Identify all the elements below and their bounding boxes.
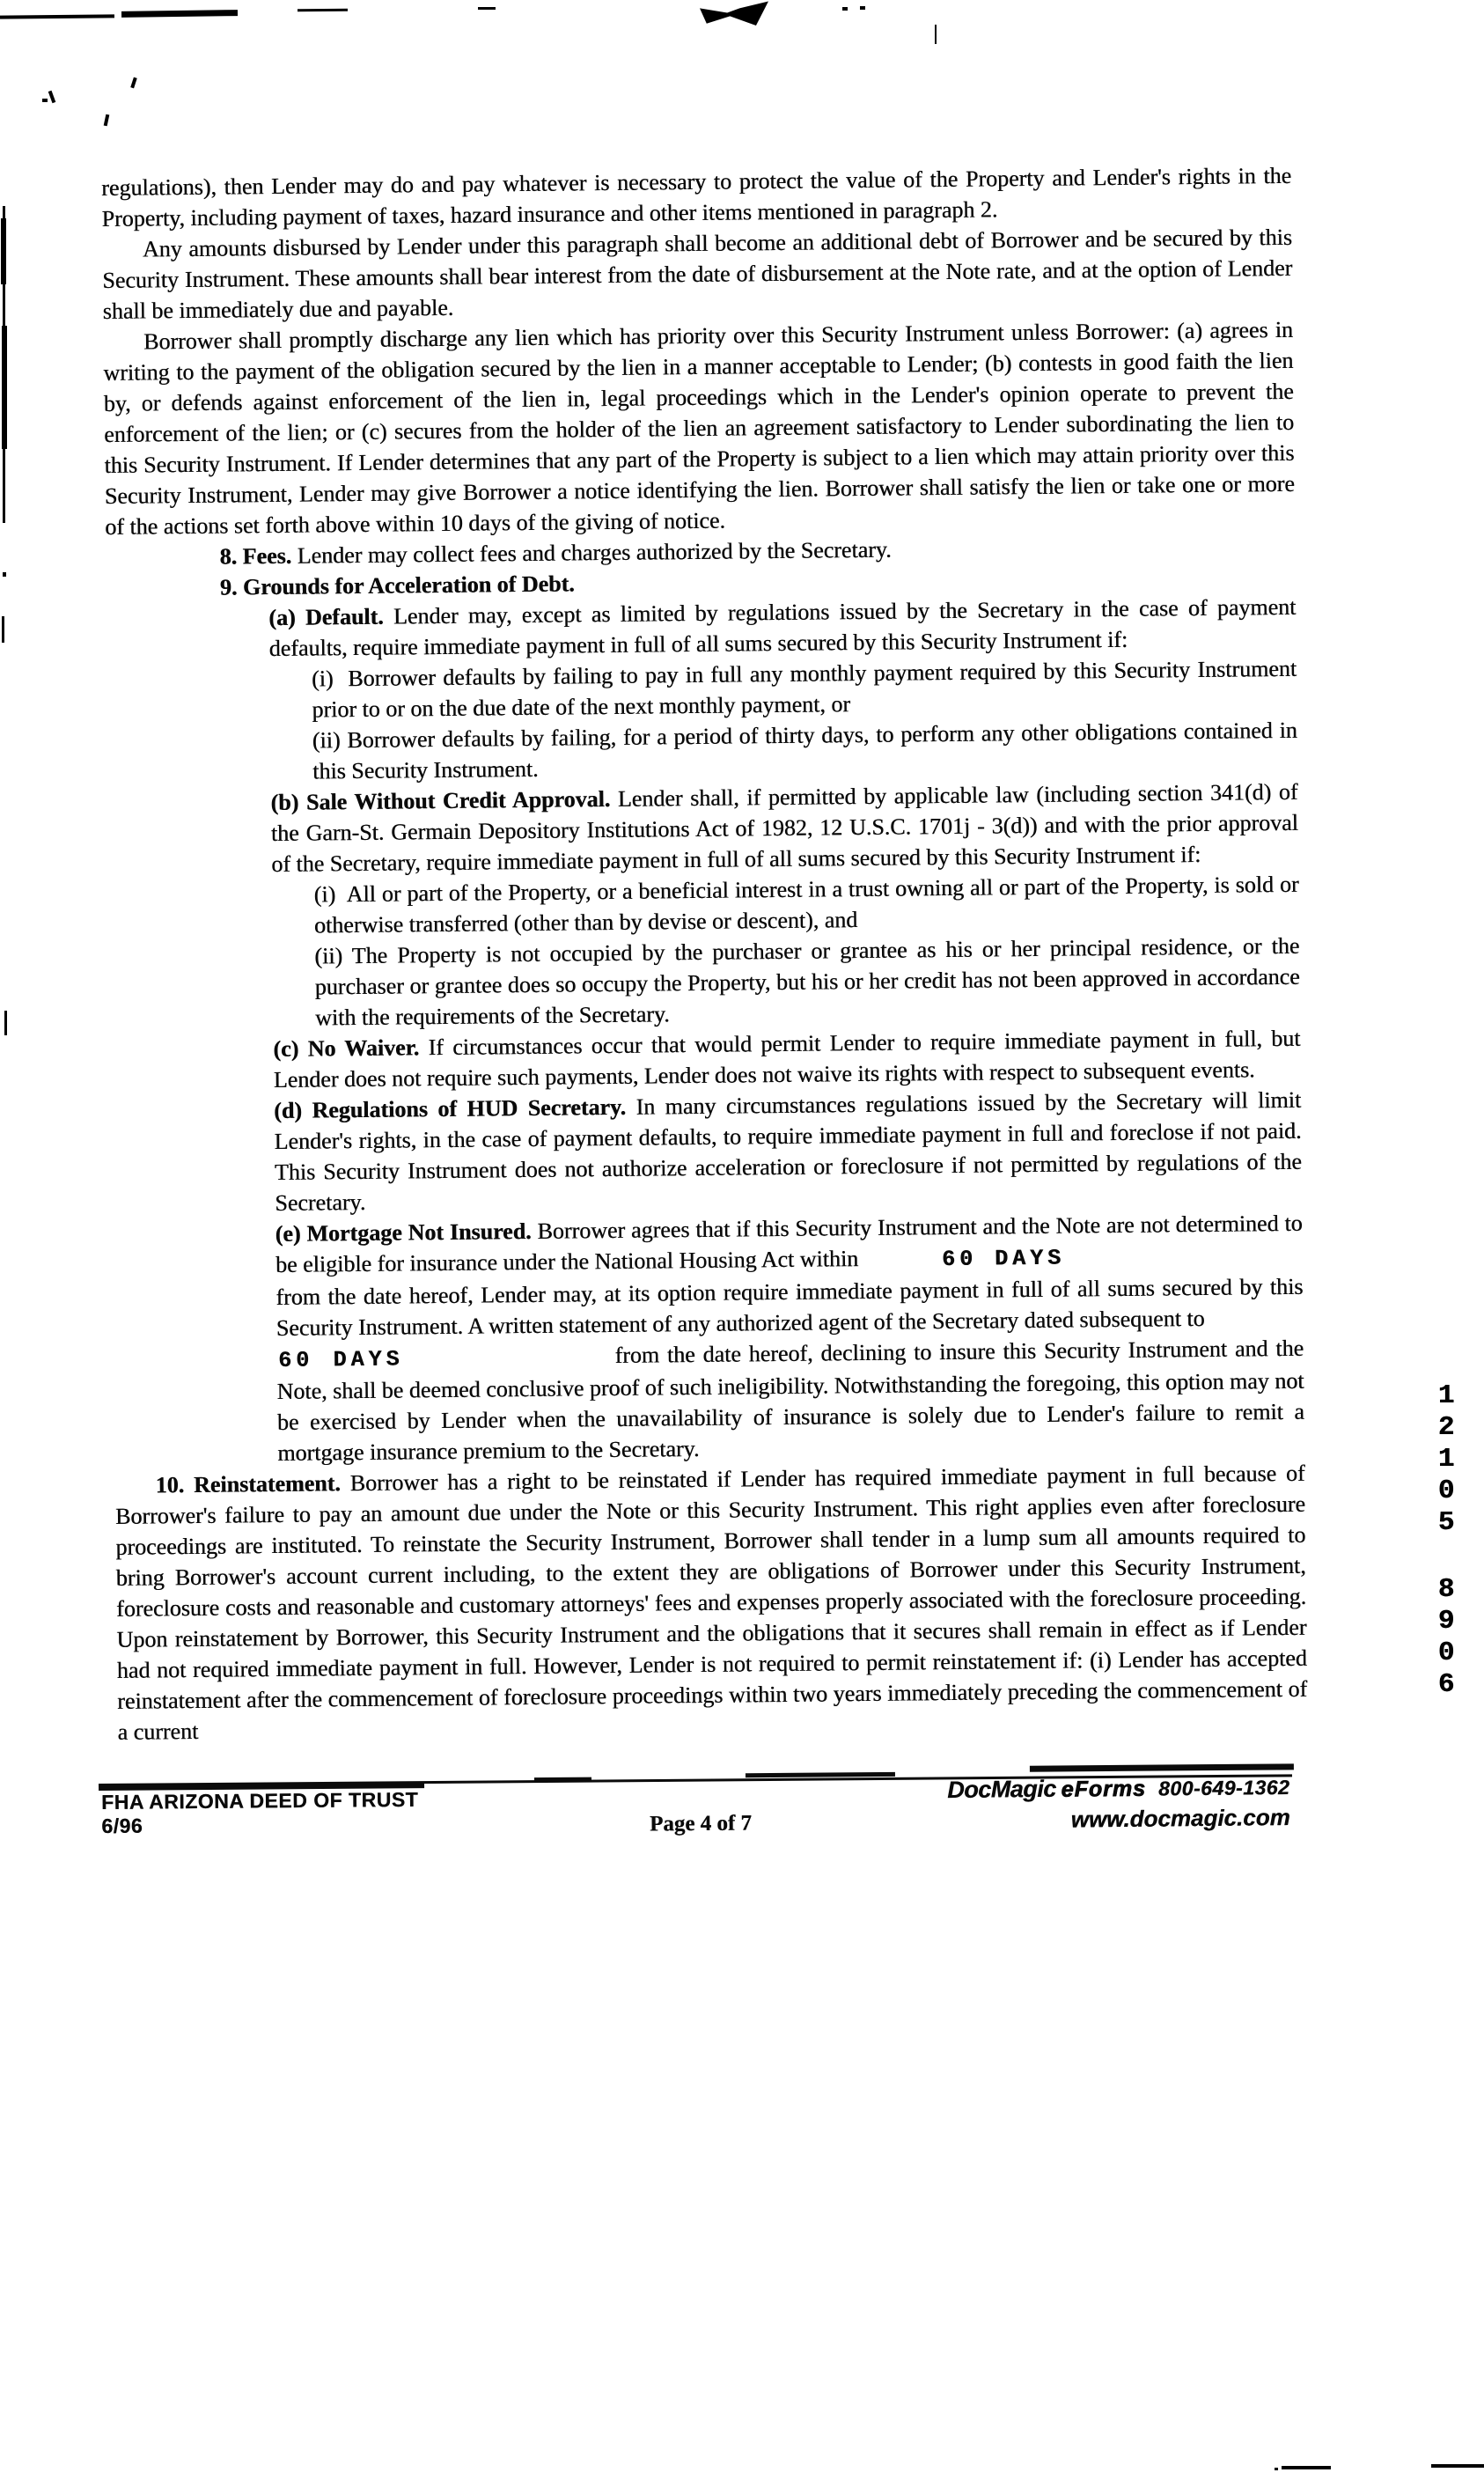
subclause-text: Borrower defaults by failing, for a peri…: [312, 718, 1297, 784]
vendor-line: DocMagiceForms800-649-1362: [947, 1773, 1289, 1807]
document-body: regulations), then Lender may do and pay…: [101, 160, 1308, 1748]
scan-artifact-speck: [130, 77, 137, 89]
stamp-digit: 8: [1433, 1574, 1459, 1606]
subclause-text: All or part of the Property, or a benefi…: [314, 872, 1299, 938]
form-name: FHA ARIZONA DEED OF TRUST: [101, 1788, 418, 1814]
stamp-digit: 5: [1433, 1507, 1459, 1539]
subclause-b-ii: (ii) The Property is not occupied by the…: [314, 931, 1300, 1034]
stamp-digit: 1: [1433, 1444, 1459, 1475]
scan-artifact-edge-line: [1, 218, 6, 284]
footer-vendor-block: DocMagiceForms800-649-1362 www.docmagic.…: [947, 1773, 1290, 1834]
subclause-label: (i): [313, 881, 335, 907]
item-number: 8.: [219, 543, 237, 569]
clause-c-no-waiver: (c) No Waiver. If circumstances occur th…: [273, 1023, 1301, 1095]
item-number: 10.: [155, 1472, 184, 1498]
stamp-digit: 1: [1433, 1380, 1459, 1412]
item-text: Borrower has a right to be reinstated if…: [115, 1461, 1307, 1745]
vendor-website: www.docmagic.com: [947, 1804, 1289, 1834]
scan-artifact-dot: [1275, 2468, 1278, 2470]
clause-label: (c): [273, 1036, 298, 1062]
item-title: Fees.: [242, 543, 291, 570]
subclause-label: (ii): [312, 727, 341, 753]
stamp-digit: 0: [1433, 1475, 1459, 1507]
scan-artifact-blob: [700, 1, 768, 26]
clause-text: Lender may, except as limited by regulat…: [269, 594, 1297, 661]
subclause-a-ii: (ii) Borrower defaults by failing, for a…: [312, 715, 1298, 787]
typed-fill-in-60-days: 60 DAYS: [278, 1346, 404, 1372]
subclause-a-i: (i) Borrower defaults by failing to pay …: [312, 653, 1297, 725]
scan-artifact-speck: [48, 91, 56, 104]
clause-label: (d): [274, 1098, 302, 1123]
clause-label: (b): [270, 790, 298, 815]
footer-form-identifier: FHA ARIZONA DEED OF TRUST 6/96: [101, 1788, 419, 1838]
scan-artifact-speck: [104, 114, 110, 127]
subclause-label: (ii): [314, 943, 342, 968]
recorder-stamp-number: 1 2 1 0 5 8 9 0 6: [1433, 1380, 1459, 1701]
clause-label: (a): [268, 605, 296, 630]
scanned-document-page: regulations), then Lender may do and pay…: [0, 0, 1484, 2480]
scan-artifact-dot: [3, 572, 6, 577]
scan-artifact-line: [0, 14, 114, 18]
stamp-digit: 9: [1433, 1606, 1459, 1637]
clause-label: (e): [275, 1221, 300, 1247]
paragraph-amounts-disbursed: Any amounts disbursed by Lender under th…: [102, 222, 1293, 327]
clause-title: No Waiver.: [307, 1034, 419, 1061]
typed-fill-in-60-days: 60 DAYS: [942, 1246, 1065, 1272]
clause-title: Sale Without Credit Approval.: [306, 786, 611, 815]
stamp-group-gap: [1433, 1539, 1459, 1574]
scan-artifact-speck: [42, 99, 48, 102]
paragraph-discharge-lien: Borrower shall promptly discharge any li…: [103, 314, 1295, 542]
clause-d-regulations-of-hud-secretary: (d) Regulations of HUD Secretary. In man…: [274, 1085, 1302, 1218]
scan-artifact-dot: [860, 6, 865, 10]
clause-text: If circumstances occur that would permit…: [274, 1026, 1301, 1093]
clause-e-mortgage-not-insured: (e) Mortgage Not Insured. Borrower agree…: [275, 1208, 1304, 1468]
scan-artifact-tick: [935, 25, 937, 44]
clause-title: Mortgage Not Insured.: [306, 1218, 531, 1247]
subclause-text: Borrower defaults by failing to pay in f…: [312, 656, 1297, 723]
scan-artifact-line: [121, 10, 238, 18]
eforms-logo: eForms: [1061, 1777, 1146, 1802]
item-10-reinstatement: 10. Reinstatement. Borrower has a right …: [114, 1458, 1307, 1748]
scan-artifact-dash: [478, 7, 496, 10]
clause-title: Regulations of HUD Secretary.: [312, 1094, 626, 1123]
subclause-text: The Property is not occupied by the purc…: [315, 933, 1300, 1031]
item-title: Reinstatement.: [194, 1470, 341, 1498]
clause-text: from the date hereof, Lender may, at its…: [275, 1274, 1303, 1341]
stamp-digit: 6: [1433, 1669, 1459, 1701]
item-title: Grounds for Acceleration of Debt.: [243, 570, 575, 600]
page-indicator: Page 4 of 7: [650, 1811, 752, 1836]
item-number: 9.: [220, 574, 238, 600]
scan-artifact-line: [298, 9, 348, 12]
item-text: Lender may collect fees and charges auth…: [298, 537, 892, 569]
clause-title: Default.: [305, 604, 384, 630]
subclause-label: (i): [312, 666, 334, 691]
clause-a-default: (a) Default. Lender may, except as limit…: [268, 592, 1297, 664]
clause-text: from the date hereof, declining to insur…: [276, 1336, 1304, 1466]
scan-artifact-dash: [1431, 2464, 1484, 2468]
scan-artifact-dot: [842, 7, 848, 11]
scan-artifact-tick: [4, 1011, 7, 1035]
scan-artifact-dash: [1282, 2466, 1331, 2469]
clause-b-sale-without-credit-approval: (b) Sale Without Credit Approval. Lender…: [270, 776, 1298, 879]
scan-artifact-tick: [2, 616, 4, 643]
stamp-digit: 0: [1433, 1637, 1459, 1669]
docmagic-logo: DocMagic: [947, 1776, 1056, 1803]
stamp-digit: 2: [1433, 1412, 1459, 1444]
subclause-b-i: (i) All or part of the Property, or a be…: [313, 869, 1299, 941]
vendor-phone: 800-649-1362: [1158, 1776, 1289, 1800]
scan-artifact-edge-line: [2, 326, 7, 449]
form-date: 6/96: [101, 1812, 418, 1838]
